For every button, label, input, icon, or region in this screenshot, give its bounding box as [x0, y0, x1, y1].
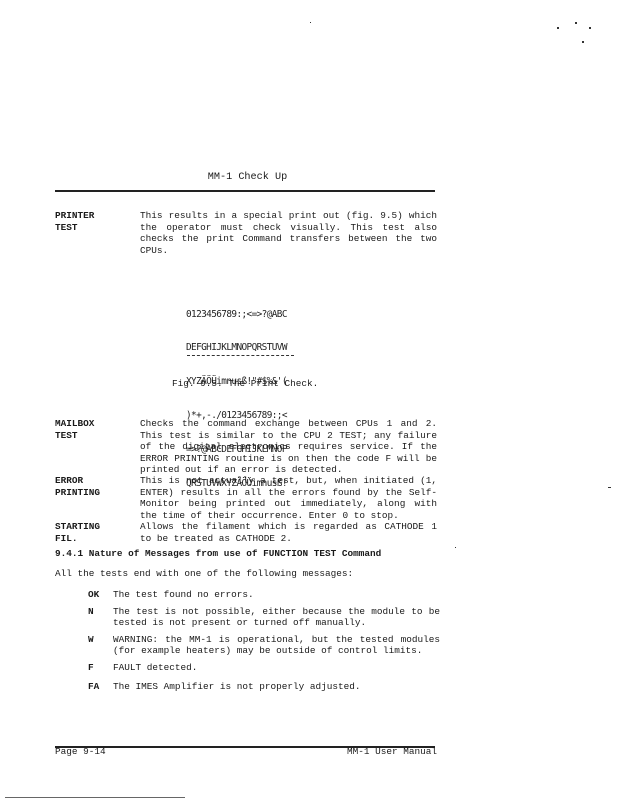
term-line: STARTING [55, 521, 135, 533]
description-starting-fil: Allows the filament which is regarded as… [140, 521, 437, 544]
scan-speck [582, 41, 584, 43]
message-text-f: FAULT detected. [113, 662, 440, 673]
term-starting-fil: STARTING FIL. [55, 521, 135, 544]
footer-manual-title: MM-1 User Manual [347, 746, 437, 757]
term-line: FIL. [55, 533, 135, 545]
footer-page-number: Page 9-14 [55, 746, 106, 757]
message-code-n: N [88, 606, 94, 617]
scan-speck [589, 27, 591, 29]
message-text-ok: The test found no errors. [113, 589, 440, 600]
scan-speck [455, 547, 456, 548]
term-line: TEST [55, 430, 135, 442]
term-line: PRINTER [55, 210, 135, 222]
header-rule [55, 190, 435, 192]
section-heading: 9.4.1 Nature of Messages from use of FUN… [55, 548, 381, 559]
term-line: PRINTING [55, 487, 135, 499]
figure-caption: Fig. 9.5. The Print Check. [172, 378, 318, 389]
message-text-fa: The IMES Amplifier is not properly adjus… [113, 681, 440, 692]
term-line: MAILBOX [55, 418, 135, 430]
term-error-printing: ERROR PRINTING [55, 475, 135, 498]
scan-speck [310, 22, 311, 23]
figure-line: 0123456789:;<=>?@ABC [186, 309, 287, 320]
message-code-f: F [88, 662, 94, 673]
section-intro: All the tests end with one of the follow… [55, 568, 353, 579]
message-text-n: The test is not possible, either because… [113, 606, 440, 629]
figure-line: DEFGHIJKLMNOPQRSTUVW [186, 342, 287, 353]
description-error-printing: This is not actually a test, but, when i… [140, 475, 437, 521]
description-mailbox-test: Checks the command exchange between CPUs… [140, 418, 437, 476]
figure-underline [187, 355, 294, 356]
page-header-title: MM-1 Check Up [0, 172, 495, 183]
term-line: ERROR [55, 475, 135, 487]
message-text-w: WARNING: the MM-1 is operational, but th… [113, 634, 440, 657]
scan-speck [575, 22, 577, 24]
scan-edge-line [5, 797, 185, 798]
term-line: TEST [55, 222, 135, 234]
description-printer-test: This results in a special print out (fig… [140, 210, 437, 256]
term-printer-test: PRINTER TEST [55, 210, 135, 233]
message-code-fa: FA [88, 681, 99, 692]
message-code-ok: OK [88, 589, 99, 600]
term-mailbox-test: MAILBOX TEST [55, 418, 135, 441]
scan-speck [557, 27, 559, 29]
message-code-w: W [88, 634, 94, 645]
scan-speck [608, 487, 611, 488]
